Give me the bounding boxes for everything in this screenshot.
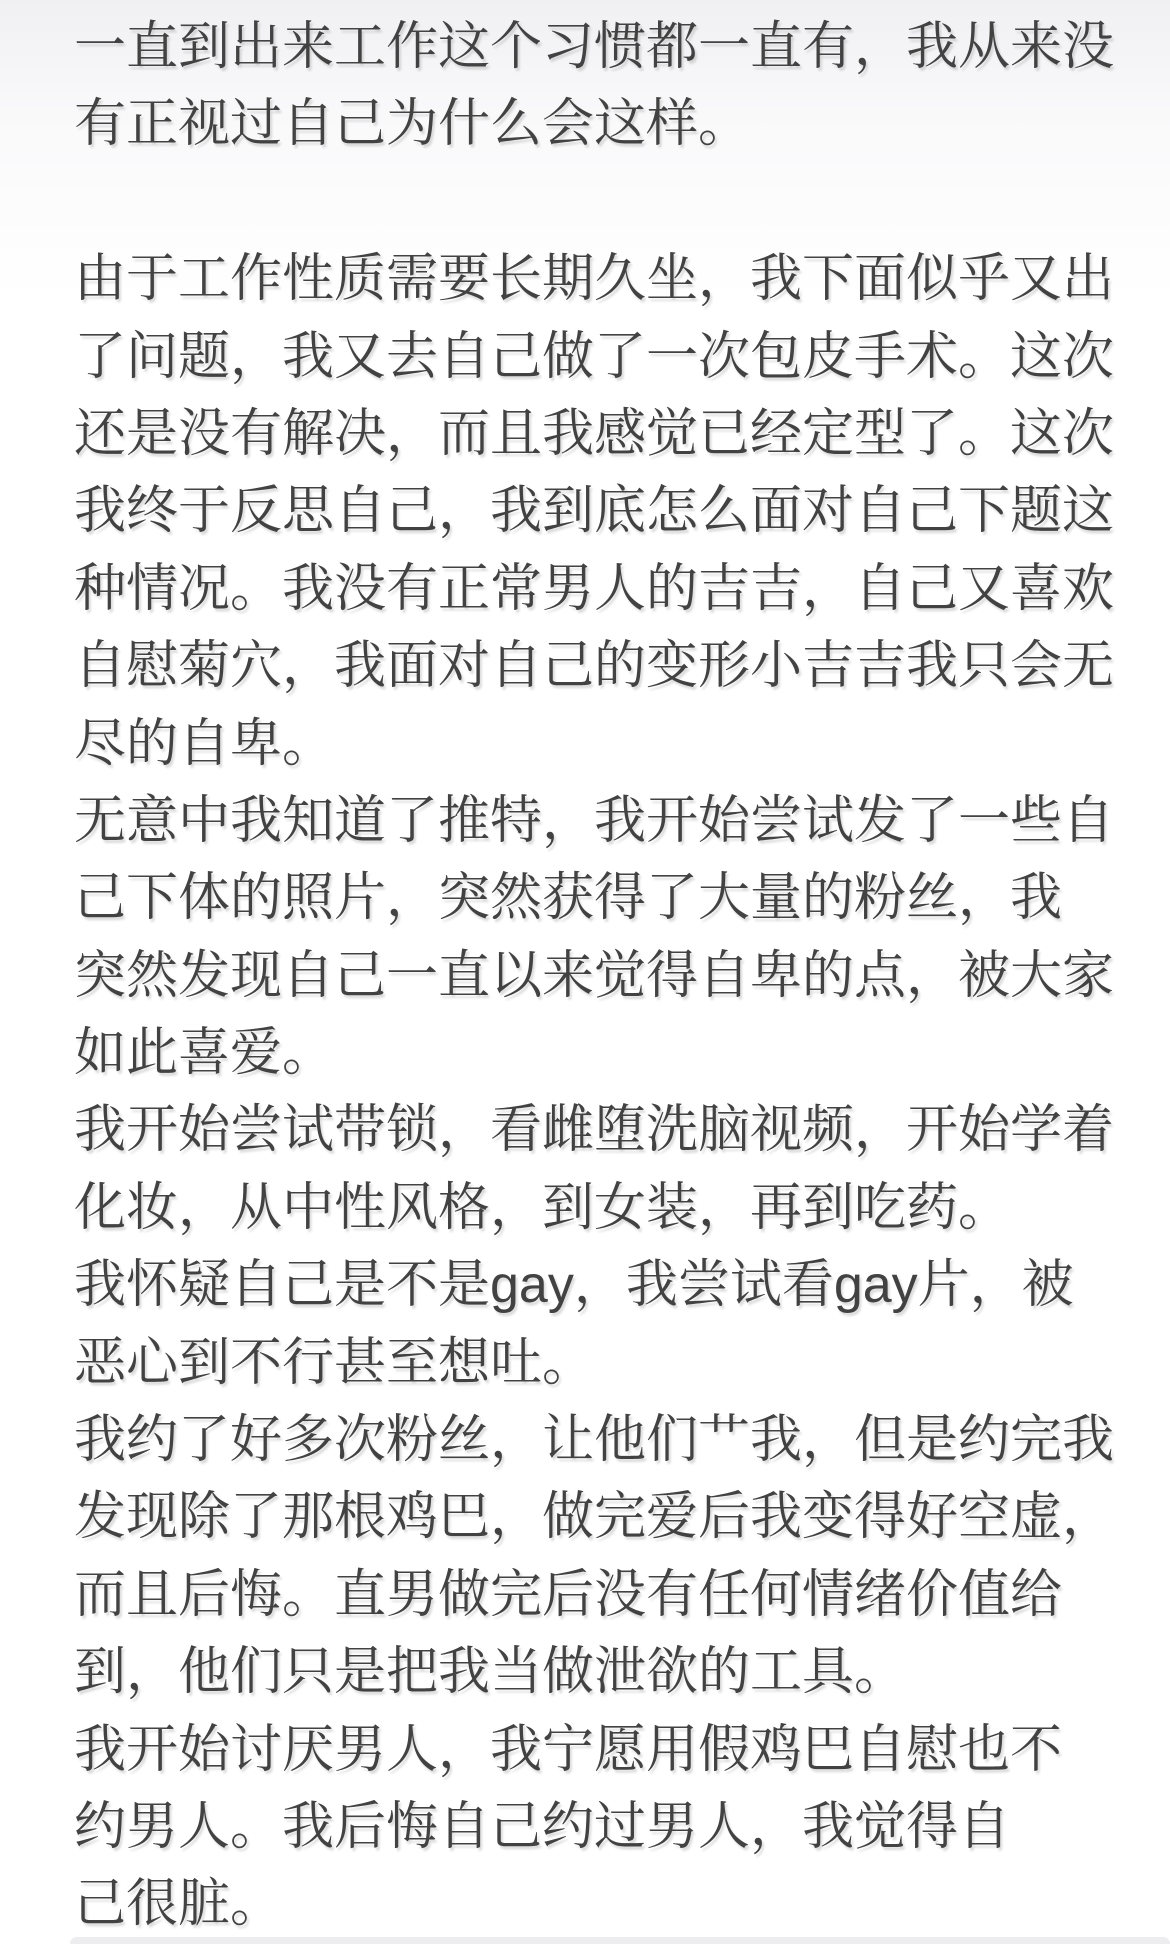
text-line: 如此喜爱。 — [74, 1015, 1120, 1092]
text-line: 突然发现自己一直以来觉得自卑的点，被大家 — [74, 938, 1120, 1015]
text-line: 种情况。我没有正常男人的吉吉，自己又喜欢 — [74, 551, 1120, 628]
text-line: 尽的自卑。 — [74, 706, 1120, 783]
text-line: 自慰菊穴，我面对自己的变形小吉吉我只会无 — [74, 628, 1120, 705]
text-line: 恶心到不行甚至想吐。 — [74, 1325, 1120, 1402]
post-body-text: 一直到出来工作这个习惯都一直有，我从来没 有正视过自己为什么会这样。 由于工作性… — [74, 9, 1120, 1944]
text-line: 己下体的照片，突然获得了大量的粉丝，我 — [74, 860, 1120, 937]
text-line: 而且后悔。直男做完后没有任何情绪价值给 — [74, 1557, 1120, 1634]
text-line: 有正视过自己为什么会这样。 — [74, 86, 1120, 163]
text-line: 了问题，我又去自己做了一次包皮手术。这次 — [74, 319, 1120, 396]
text-line: 约男人。我后悔自己约过男人，我觉得自 — [74, 1789, 1120, 1866]
text-line: 己很脏。 — [74, 1866, 1120, 1943]
text-line: 我约了好多次粉丝，让他们艹我，但是约完我 — [74, 1402, 1120, 1479]
text-line: 到，他们只是把我当做泄欲的工具。 — [74, 1634, 1120, 1711]
text-line: 化妆，从中性风格，到女装，再到吃药。 — [74, 1170, 1120, 1247]
text-line: 我开始讨厌男人，我宁愿用假鸡巴自慰也不 — [74, 1712, 1120, 1789]
text-line: 无意中我知道了推特，我开始尝试发了一些自 — [74, 783, 1120, 860]
text-line: 由于工作性质需要长期久坐，我下面似乎又出 — [74, 241, 1120, 318]
text-line: 我开始尝试带锁，看雌堕洗脑视频，开始学着 — [74, 1092, 1120, 1169]
text-line: 我终于反思自己，我到底怎么面对自己下题这 — [74, 473, 1120, 550]
text-line: 一直到出来工作这个习惯都一直有，我从来没 — [74, 9, 1120, 86]
post-text-screen: 一直到出来工作这个习惯都一直有，我从来没 有正视过自己为什么会这样。 由于工作性… — [0, 0, 1170, 1944]
text-line: 发现除了那根鸡巴，做完爱后我变得好空虚， — [74, 1479, 1120, 1556]
text-line: 还是没有解决，而且我感觉已经定型了。这次 — [74, 396, 1120, 473]
text-line: 我怀疑自己是不是gay，我尝试看gay片，被 — [74, 1247, 1120, 1324]
bottom-sheet-top-edge — [70, 1937, 1170, 1944]
paragraph-gap — [74, 164, 1120, 241]
